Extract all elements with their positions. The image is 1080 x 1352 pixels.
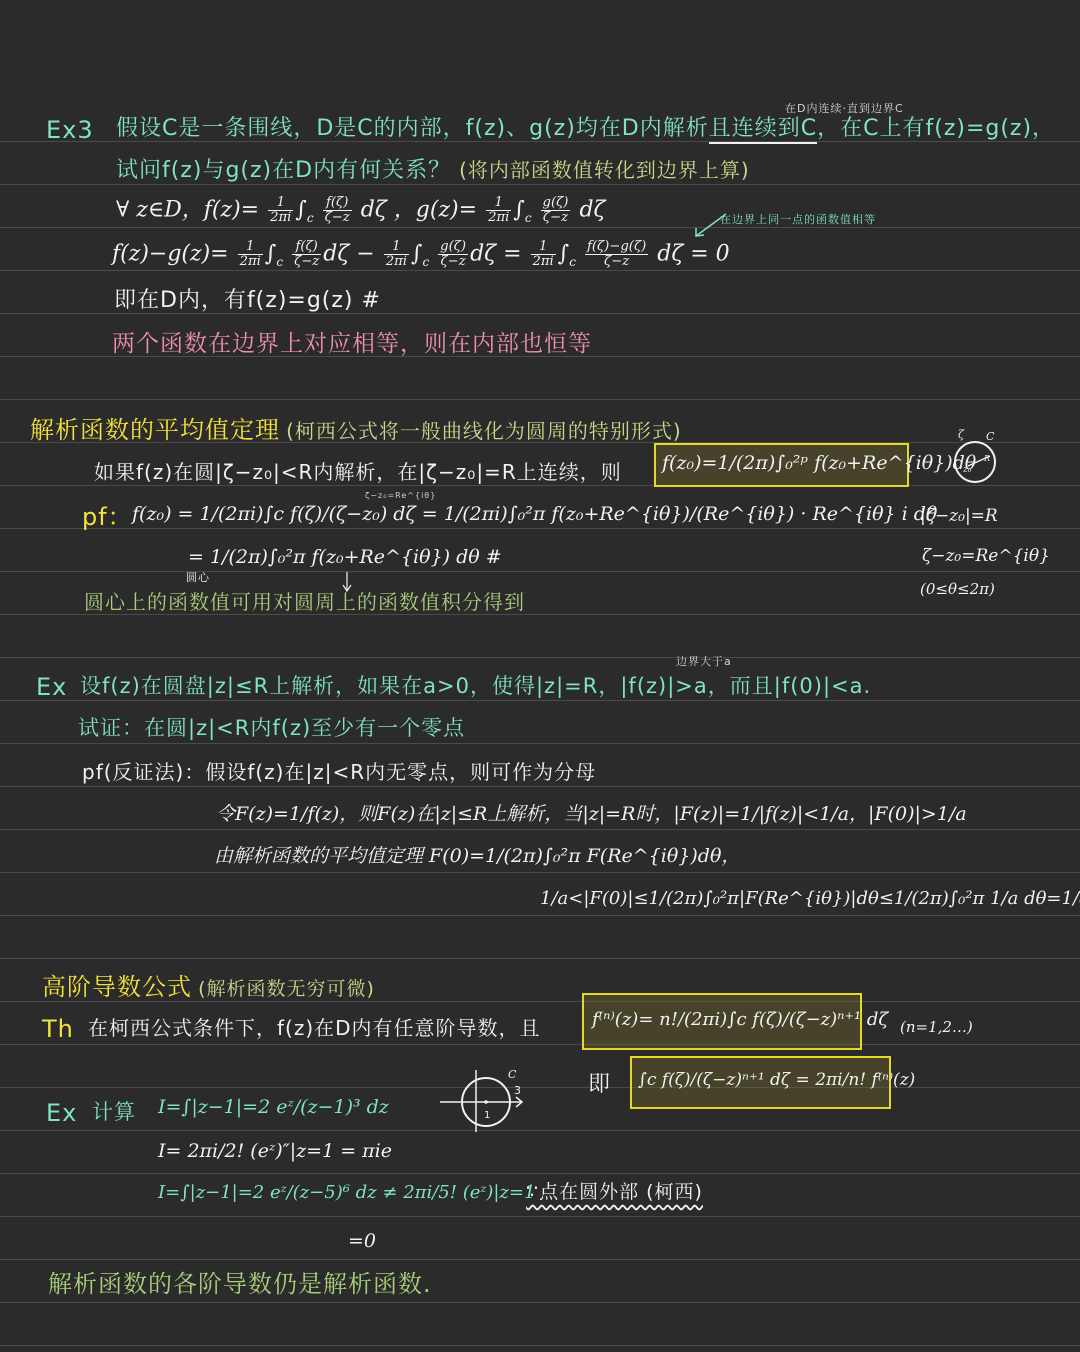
eq1-g-frac: g(ζ)ζ−z bbox=[541, 196, 571, 225]
annotation-boundary: 边界大于a bbox=[676, 656, 732, 667]
ex-compute-integral: I=∫|z−1|=2 eᶻ/(z−1)³ dz bbox=[158, 1098, 389, 1117]
ruled-line bbox=[0, 227, 1080, 228]
eq1-frac: f(ζ)ζ−z bbox=[323, 196, 352, 225]
notebook-page: 在D内连续·直到边界C Ex3 假设C是一条围线，D是C的内部，f(z)、g(z… bbox=[0, 0, 1080, 1352]
ruled-line bbox=[0, 1087, 1080, 1088]
side-eq2: ζ−z₀=Re^{iθ} bbox=[922, 548, 1050, 565]
side-eq1: |ζ−z₀|=R bbox=[920, 508, 998, 525]
ruled-line bbox=[0, 1173, 1080, 1174]
eq2-frac: f(ζ)−g(ζ)ζ−z bbox=[585, 240, 648, 269]
ex-zero-pf: pf(反证法)：假设f(z)在|z|<R内无零点，则可作为分母 bbox=[82, 762, 596, 782]
pf-line1: f(z₀) = 1/(2πi)∫c f(ζ)/(ζ−z₀) dζ = 1/(2π… bbox=[132, 505, 937, 524]
ruled-line bbox=[0, 1259, 1080, 1260]
mean-value-statement: 如果f(z)在圆|ζ−z₀|<R内解析，在|ζ−z₀|=R上连续，则 bbox=[94, 462, 622, 482]
th-label: Th bbox=[42, 1017, 74, 1041]
mean-value-formula: f(z₀)=1/(2π)∫₀²ᵖ f(z₀+Re^{iθ})dθ bbox=[662, 454, 976, 473]
ji-label: 即 bbox=[588, 1074, 611, 1096]
svg-text:ζ: ζ bbox=[958, 428, 965, 441]
ruled-line bbox=[0, 270, 1080, 271]
pf-line2: = 1/(2π)∫₀²π f(z₀+Re^{iθ}) dθ # bbox=[188, 548, 502, 567]
derivative-formula: f⁽ⁿ⁾(z)= n!/(2πi)∫c f(ζ)/(ζ−z)ⁿ⁺¹ dζ bbox=[592, 1011, 888, 1029]
ex3-eq2: f(z)−g(z)= 12πi∫c f(ζ)ζ−zdζ − 12πi∫c g(ζ… bbox=[112, 240, 730, 269]
ruled-line bbox=[0, 872, 1080, 873]
ex3-line1-b: ，在C上有f(z)=g(z)， bbox=[817, 116, 1055, 141]
svg-text:C: C bbox=[508, 1068, 517, 1081]
svg-text:z₀: z₀ bbox=[962, 465, 972, 475]
circle-axes-diagram-icon: 1 C 3 bbox=[440, 1066, 530, 1136]
mean-value-title: 解析函数的平均值定理 bbox=[30, 416, 280, 444]
mean-value-heading: 解析函数的平均值定理 (柯西公式将一般曲线化为圆周的特别形式) bbox=[30, 418, 682, 442]
higher-derivative-heading: 高阶导数公式 (解析函数无穷可微) bbox=[42, 975, 375, 999]
range-note: (n=1,2…) bbox=[900, 1020, 973, 1035]
ex-zero-step3: 1/a<|F(0)|≤1/(2π)∫₀²π|F(Re^{iθ})|dθ≤1/(2… bbox=[540, 890, 1080, 908]
th-text: 在柯西公式条件下，f(z)在D内有任意阶导数，且 bbox=[88, 1018, 541, 1038]
ex-zero-line2: 试证：在圆|z|<R内f(z)至少有一个零点 bbox=[78, 718, 465, 739]
ruled-line bbox=[0, 958, 1080, 959]
ruled-line bbox=[0, 829, 1080, 830]
ruled-line bbox=[0, 571, 1080, 572]
higher-derivative-title: 高阶导数公式 bbox=[42, 973, 192, 1001]
ex3-line1-a: 假设C是一条围线，D是C的内部，f(z)、g(z)均在D内解析 bbox=[116, 116, 709, 141]
svg-text:C: C bbox=[986, 430, 995, 443]
ex3-hint: (将内部函数值转化到边界上算) bbox=[459, 158, 750, 182]
ex3-line2: 试问f(z)与g(z)在D内有何关系？ (将内部函数值转化到边界上算) bbox=[116, 160, 750, 182]
ex3-label: Ex3 bbox=[46, 118, 94, 142]
final-remark: 解析函数的各阶导数仍是解析函数. bbox=[48, 1272, 432, 1296]
eq1-g-prefix: ，g(z)= bbox=[394, 197, 477, 222]
ex-compute-result1: I= 2πi/2! (eᶻ)″|z=1 = πie bbox=[158, 1142, 392, 1161]
eq1-prefix: ∀ z∈D，f(z)= bbox=[116, 197, 259, 222]
ex3-eq1: ∀ z∈D，f(z)= 12πi∫c f(ζ)ζ−z dζ ，g(z)= 12π… bbox=[116, 196, 605, 225]
ruled-line bbox=[0, 700, 1080, 701]
ex-zero-step1: 令F(z)=1/f(z)，则F(z)在|z|≤R上解析，当|z|=R时，|F(z… bbox=[216, 805, 967, 824]
ruled-line bbox=[0, 1216, 1080, 1217]
svg-text:R: R bbox=[983, 454, 990, 463]
ex-zero-line1: 设f(z)在圆盘|z|≤R上解析，如果在a>0，使得|z|=R，|f(z)|>a… bbox=[80, 676, 871, 697]
ex-zero-label: Ex bbox=[36, 675, 67, 699]
ex-compute-note: ∵点在圆外部 (柯西) bbox=[526, 1183, 703, 1202]
ex3-line1-underlined: 且连续到C bbox=[709, 116, 817, 144]
ruled-line bbox=[0, 141, 1080, 142]
ruled-line bbox=[0, 1302, 1080, 1303]
svg-text:1: 1 bbox=[484, 1110, 490, 1121]
svg-text:3: 3 bbox=[514, 1084, 521, 1097]
ruled-line bbox=[0, 1001, 1080, 1002]
ex-zero-step2: 由解析函数的平均值定理 F(0)=1/(2π)∫₀²π F(Re^{iθ})dθ… bbox=[214, 847, 740, 866]
ex-compute-verb: 计算 bbox=[92, 1102, 136, 1123]
ruled-line bbox=[0, 786, 1080, 787]
ruled-line bbox=[0, 528, 1080, 529]
ex3-question: 试问f(z)与g(z)在D内有何关系？ bbox=[116, 158, 451, 183]
higher-derivative-note: (解析函数无穷可微) bbox=[198, 978, 375, 1000]
annotation-continuous: 在D内连续·直到边界C bbox=[785, 103, 904, 114]
side-eq3: (0≤θ≤2π) bbox=[920, 582, 995, 597]
ruled-line bbox=[0, 657, 1080, 658]
center-label: 圆心 bbox=[186, 572, 210, 583]
ex3-conclusion: 即在D内，有f(z)=g(z) # bbox=[114, 290, 381, 312]
ruled-line bbox=[0, 743, 1080, 744]
integral-formula: ∫c f(ζ)/(ζ−z)ⁿ⁺¹ dζ = 2πi/n! f⁽ⁿ⁾(z) bbox=[638, 1072, 915, 1089]
mean-value-title-note: (柯西公式将一般曲线化为圆周的特别形式) bbox=[286, 419, 682, 443]
ex3-side-note: 在边界上同一点的函数值相等 bbox=[720, 214, 876, 225]
circle-diagram-icon: ζ C z₀ R bbox=[950, 428, 1010, 484]
ex3-line1: 假设C是一条围线，D是C的内部，f(z)、g(z)均在D内解析且连续到C，在C上… bbox=[116, 118, 1055, 140]
ruled-line bbox=[0, 1044, 1080, 1045]
pf-remark: 圆心上的函数值可用对圆周上的函数值积分得到 bbox=[84, 592, 525, 612]
pf-sub-note: ζ−z₀=Re^{iθ} bbox=[365, 492, 436, 500]
ruled-line bbox=[0, 1345, 1080, 1346]
ex-compute-integral2: I=∫|z−1|=2 eᶻ/(z−5)⁶ dz ≠ 2πi/5! (eᶻ)|z=… bbox=[158, 1184, 535, 1202]
ruled-line bbox=[0, 614, 1080, 615]
ex3-remark: 两个函数在边界上对应相等，则在内部也恒等 bbox=[112, 333, 592, 356]
ruled-line bbox=[0, 184, 1080, 185]
ruled-line bbox=[0, 485, 1080, 486]
pf-label: pf： bbox=[82, 505, 133, 529]
ruled-line bbox=[0, 399, 1080, 400]
ruled-line bbox=[0, 1130, 1080, 1131]
ex-compute-result2: =0 bbox=[348, 1232, 376, 1251]
ex-compute-label: Ex bbox=[46, 1101, 77, 1125]
ruled-line bbox=[0, 313, 1080, 314]
ruled-line bbox=[0, 915, 1080, 916]
eq1-coef: 12πi bbox=[268, 196, 293, 225]
